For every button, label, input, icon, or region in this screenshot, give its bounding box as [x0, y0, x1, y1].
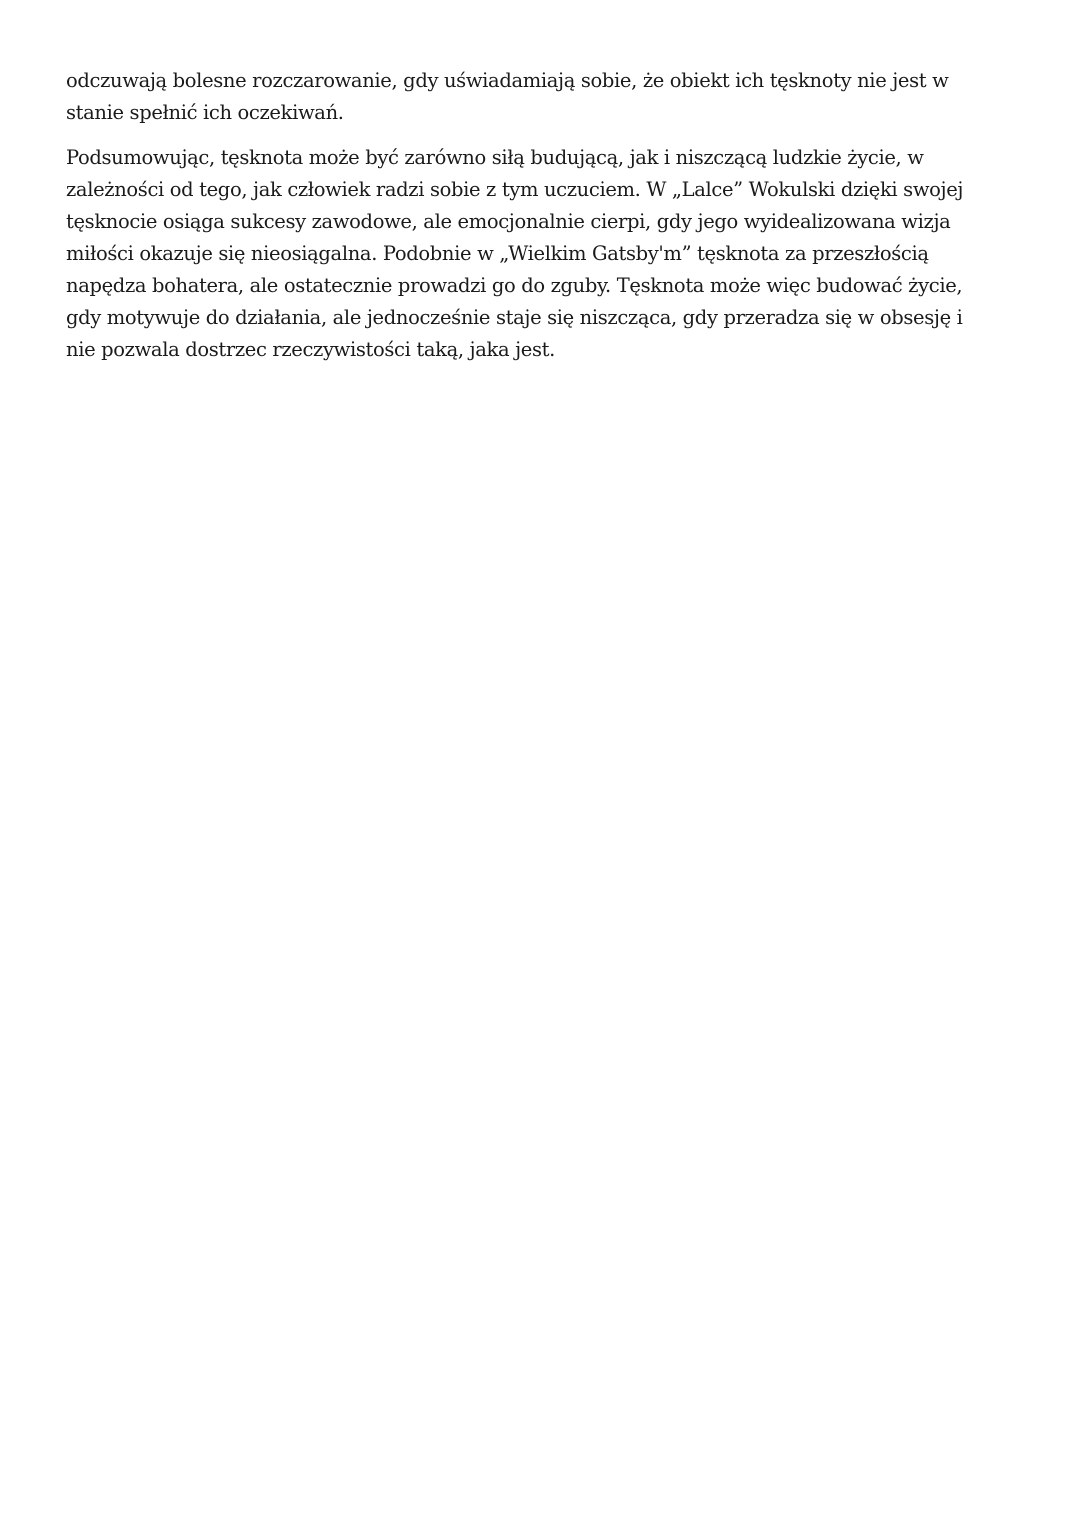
paragraph-conclusion: Podsumowując, tęsknota może być zarówno … [66, 142, 1026, 366]
text-line: stanie spełnić ich oczekiwań. [66, 97, 1026, 129]
text-line: odczuwają bolesne rozczarowanie, gdy uśw… [66, 65, 1026, 97]
text-line: miłości okazuje się nieosiągalna. Podobn… [66, 238, 1026, 270]
document-page: odczuwają bolesne rozczarowanie, gdy uśw… [0, 0, 1080, 1527]
text-line: nie pozwala dostrzec rzeczywistości taką… [66, 334, 1026, 366]
text-line: napędza bohatera, ale ostatecznie prowad… [66, 270, 1026, 302]
text-line: zależności od tego, jak człowiek radzi s… [66, 174, 1026, 206]
document-body: odczuwają bolesne rozczarowanie, gdy uśw… [66, 65, 1026, 379]
text-line: Podsumowując, tęsknota może być zarówno … [66, 142, 1026, 174]
text-line: tęsknocie osiąga sukcesy zawodowe, ale e… [66, 206, 1026, 238]
paragraph-continuation: odczuwają bolesne rozczarowanie, gdy uśw… [66, 65, 1026, 129]
text-line: gdy motywuje do działania, ale jednocześ… [66, 302, 1026, 334]
